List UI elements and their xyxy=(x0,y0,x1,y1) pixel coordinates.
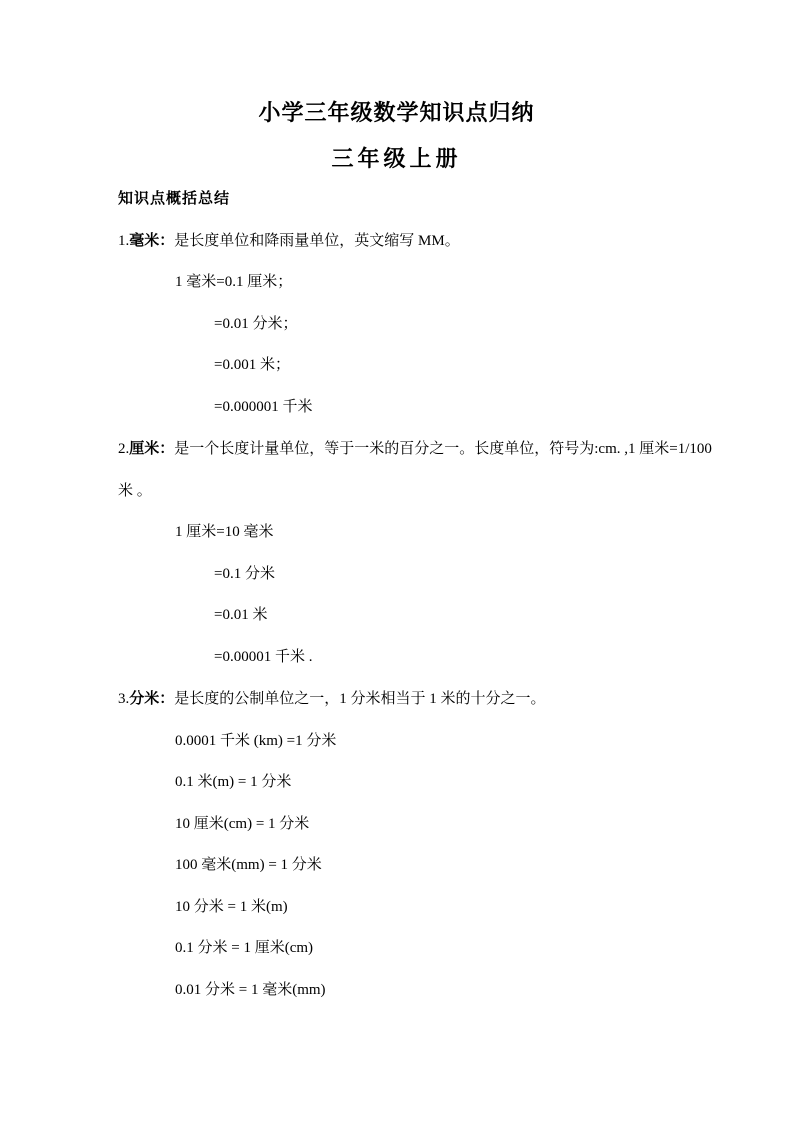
knowledge-item-millimeter: 1.毫米：是长度单位和降雨量单位，英文缩写 MM。 1 毫米=0.1 厘米；=0… xyxy=(118,220,793,429)
item-definition: 2.厘米：是一个长度计量单位，等于一米的百分之一。长度单位，符号为:cm. ,1… xyxy=(118,428,793,471)
formula-line: 0.1 分米 = 1 厘米(cm) xyxy=(118,928,793,970)
item-definition-text: 是一个长度计量单位，等于一米的百分之一。长度单位，符号为:cm. ,1 厘米=1… xyxy=(174,441,712,457)
section-heading: 知识点概括总结 xyxy=(118,178,793,220)
formula-line: =0.01 分米； xyxy=(118,304,793,346)
document-subtitle: 三年级上册 xyxy=(0,147,793,171)
item-definition-text: 是长度的公制单位之一，1 分米相当于 1 米的十分之一。 xyxy=(174,691,545,707)
formula-list: 1 厘米=10 毫米=0.1 分米=0.01 米=0.00001 千米 . xyxy=(118,512,793,678)
formula-line: =0.001 米； xyxy=(118,345,793,387)
item-number: 2. xyxy=(118,441,129,457)
item-definition-wrap-line: 米 。 xyxy=(118,471,793,513)
formula-line: =0.000001 千米 xyxy=(118,387,793,429)
formula-line: 0.01 分米 = 1 毫米(mm) xyxy=(118,970,793,1012)
document-body: 知识点概括总结 1.毫米：是长度单位和降雨量单位，英文缩写 MM。 1 毫米=0… xyxy=(118,178,793,1011)
item-term: 厘米： xyxy=(129,440,174,457)
item-definition-text: 是长度单位和降雨量单位，英文缩写 MM。 xyxy=(174,233,459,249)
document-page: 小学三年级数学知识点归纳 三年级上册 知识点概括总结 1.毫米：是长度单位和降雨… xyxy=(0,0,793,1122)
formula-line: 10 厘米(cm) = 1 分米 xyxy=(118,804,793,846)
document-title: 小学三年级数学知识点归纳 xyxy=(0,0,793,125)
formula-line: 1 毫米=0.1 厘米； xyxy=(118,262,793,304)
item-term: 毫米： xyxy=(129,232,174,249)
formula-line: 0.1 米(m) = 1 分米 xyxy=(118,762,793,804)
formula-line: 1 厘米=10 毫米 xyxy=(118,512,793,554)
formula-list: 1 毫米=0.1 厘米；=0.01 分米；=0.001 米；=0.000001 … xyxy=(118,262,793,428)
formula-line: 100 毫米(mm) = 1 分米 xyxy=(118,845,793,887)
item-number: 1. xyxy=(118,233,129,249)
formula-line: =0.01 米 xyxy=(118,595,793,637)
formula-line: 0.0001 千米 (km) =1 分米 xyxy=(118,721,793,763)
formula-list: 0.0001 千米 (km) =1 分米0.1 米(m) = 1 分米10 厘米… xyxy=(118,721,793,1012)
formula-line: 10 分米 = 1 米(m) xyxy=(118,887,793,929)
item-number: 3. xyxy=(118,691,129,707)
item-definition: 3.分米：是长度的公制单位之一，1 分米相当于 1 米的十分之一。 xyxy=(118,678,793,721)
formula-line: =0.1 分米 xyxy=(118,554,793,596)
item-definition: 1.毫米：是长度单位和降雨量单位，英文缩写 MM。 xyxy=(118,220,793,263)
item-term: 分米： xyxy=(129,690,174,707)
knowledge-item-decimeter: 3.分米：是长度的公制单位之一，1 分米相当于 1 米的十分之一。 0.0001… xyxy=(118,678,793,1011)
knowledge-item-centimeter: 2.厘米：是一个长度计量单位，等于一米的百分之一。长度单位，符号为:cm. ,1… xyxy=(118,428,793,678)
formula-line: =0.00001 千米 . xyxy=(118,637,793,679)
